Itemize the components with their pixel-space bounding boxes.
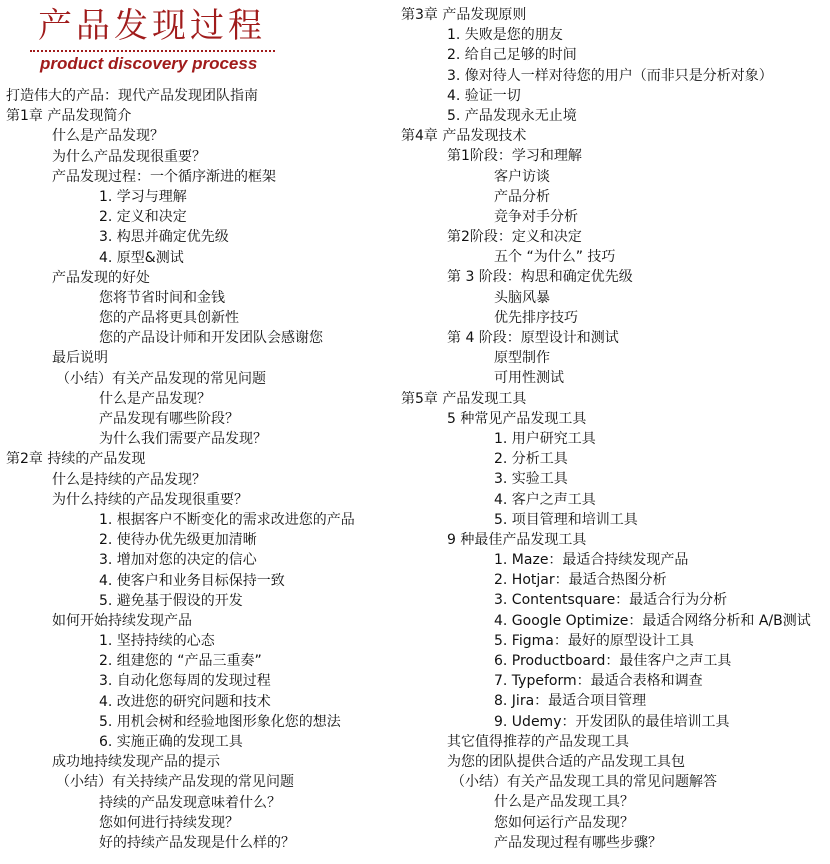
stage-title: 第 3 阶段：构思和确定优先级	[401, 267, 811, 287]
outline-right-column: 第3章 产品发现原则 1. 失败是您的朋友 2. 给自己足够的时间 3. 像对待…	[401, 5, 811, 853]
outline-subitem: 6. 实施正确的发现工具	[6, 732, 355, 752]
outline-subitem: 您将节省时间和金钱	[6, 288, 355, 308]
outline-item: 3. 像对待人一样对待您的用户（而非只是分析对象）	[401, 66, 811, 86]
outline-item: 5. 产品发现永无止境	[401, 106, 811, 126]
outline-item: 产品发现过程：一个循序渐进的框架	[6, 167, 355, 187]
outline-subitem: 什么是产品发现？	[6, 389, 355, 409]
outline-subitem: 好的持续产品发现是什么样的？	[6, 833, 355, 853]
outline-subitem: 3. 增加对您的决定的信心	[6, 550, 355, 570]
outline-subitem: 7. Typeform：最适合表格和调查	[401, 671, 811, 691]
outline-subitem: 3. 自动化您每周的发现过程	[6, 671, 355, 691]
outline-subitem: 什么是产品发现工具？	[401, 792, 811, 812]
outline-subitem: 头脑风暴	[401, 288, 811, 308]
outline-subitem: 8. Jira：最适合项目管理	[401, 691, 811, 711]
outline-subitem: 5. 避免基于假设的开发	[6, 591, 355, 611]
outline-subitem: 3. Contentsquare：最适合行为分析	[401, 590, 811, 610]
outline-subitem: 4. 原型&测试	[6, 248, 355, 268]
outline-subitem: 4. 使客户和业务目标保持一致	[6, 571, 355, 591]
outline-item: 9 种最佳产品发现工具	[401, 530, 811, 550]
outline-item: 为什么持续的产品发现很重要？	[6, 490, 355, 510]
outline-subitem: 3. 实验工具	[401, 469, 811, 489]
chapter-5-title: 第5章 产品发现工具	[401, 389, 811, 409]
outline-subitem: 五个 “为什么” 技巧	[401, 247, 811, 267]
outline-item: 最后说明	[6, 348, 355, 368]
outline-item: 成功地持续发现产品的提示	[6, 752, 355, 772]
chapter-4-title: 第4章 产品发现技术	[401, 126, 811, 146]
outline-subitem: 5. 项目管理和培训工具	[401, 510, 811, 530]
outline-subitem: 9. Udemy：开发团队的最佳培训工具	[401, 712, 811, 732]
outline-subitem: 1. 用户研究工具	[401, 429, 811, 449]
outline-item: 什么是持续的产品发现？	[6, 470, 355, 490]
outline-subitem: 2. 分析工具	[401, 449, 811, 469]
outline-subitem: 原型制作	[401, 348, 811, 368]
outline-subitem: 优先排序技巧	[401, 308, 811, 328]
outline-subitem: 5. Figma：最好的原型设计工具	[401, 631, 811, 651]
outline-item: 4. 验证一切	[401, 86, 811, 106]
outline-subitem: 1. 学习与理解	[6, 187, 355, 207]
outline-subitem: 4. 客户之声工具	[401, 490, 811, 510]
outline-subitem: 6. Productboard：最佳客户之声工具	[401, 651, 811, 671]
outline-subitem: 客户访谈	[401, 167, 811, 187]
title-divider	[30, 50, 275, 52]
outline-subitem: 您如何进行持续发现？	[6, 813, 355, 833]
outline-item: 产品发现的好处	[6, 268, 355, 288]
outline-subitem: 为什么我们需要产品发现？	[6, 429, 355, 449]
outline-item: 2. 给自己足够的时间	[401, 45, 811, 65]
outline-subitem: 竞争对手分析	[401, 207, 811, 227]
outline-subitem: 您的产品设计师和开发团队会感谢您	[6, 328, 355, 348]
outline-item: 如何开始持续发现产品	[6, 611, 355, 631]
outline-subitem: 2. 定义和决定	[6, 207, 355, 227]
outline-item-summary: （小结）有关产品发现工具的常见问题解答	[401, 772, 811, 792]
stage-title: 第2阶段：定义和决定	[401, 227, 811, 247]
outline-subitem: 2. 组建您的 “产品三重奏”	[6, 651, 355, 671]
outline-left-column: 打造伟大的产品：现代产品发现团队指南 第1章 产品发现简介 什么是产品发现？ 为…	[6, 86, 355, 853]
stage-title: 第 4 阶段：原型设计和测试	[401, 328, 811, 348]
book-title: 打造伟大的产品：现代产品发现团队指南	[6, 86, 355, 106]
outline-subitem: 产品发现有哪些阶段？	[6, 409, 355, 429]
outline-subitem: 产品发现过程有哪些步骤？	[401, 833, 811, 853]
outline-subitem: 您的产品将更具创新性	[6, 308, 355, 328]
outline-item: 为什么产品发现很重要？	[6, 147, 355, 167]
outline-subitem: 产品分析	[401, 187, 811, 207]
title-chinese: 产品发现过程	[30, 6, 280, 46]
outline-item: 为您的团队提供合适的产品发现工具包	[401, 752, 811, 772]
outline-subitem: 可用性测试	[401, 368, 811, 388]
outline-subitem: 您如何运行产品发现？	[401, 813, 811, 833]
outline-subitem: 2. 使待办优先级更加清晰	[6, 530, 355, 550]
outline-subitem: 4. Google Optimize：最适合网络分析和 A/B测试	[401, 611, 811, 631]
outline-subitem: 1. 坚持持续的心态	[6, 631, 355, 651]
outline-item-summary: （小结）有关产品发现的常见问题	[6, 369, 355, 389]
title-english: product discovery process	[30, 54, 280, 74]
outline-item-summary: （小结）有关持续产品发现的常见问题	[6, 772, 355, 792]
chapter-2-title: 第2章 持续的产品发现	[6, 449, 355, 469]
stage-title: 第1阶段：学习和理解	[401, 146, 811, 166]
outline-subitem: 5. 用机会树和经验地图形象化您的想法	[6, 712, 355, 732]
document-header: 产品发现过程 product discovery process	[30, 6, 280, 74]
outline-subitem: 3. 构思并确定优先级	[6, 227, 355, 247]
outline-subitem: 4. 改进您的研究问题和技术	[6, 692, 355, 712]
outline-subitem: 1. 根据客户不断变化的需求改进您的产品	[6, 510, 355, 530]
outline-item: 什么是产品发现？	[6, 126, 355, 146]
outline-item: 1. 失败是您的朋友	[401, 25, 811, 45]
chapter-1-title: 第1章 产品发现简介	[6, 106, 355, 126]
outline-item: 5 种常见产品发现工具	[401, 409, 811, 429]
outline-item: 其它值得推荐的产品发现工具	[401, 732, 811, 752]
outline-subitem: 持续的产品发现意味着什么？	[6, 793, 355, 813]
chapter-3-title: 第3章 产品发现原则	[401, 5, 811, 25]
outline-subitem: 2. Hotjar：最适合热图分析	[401, 570, 811, 590]
outline-subitem: 1. Maze：最适合持续发现产品	[401, 550, 811, 570]
